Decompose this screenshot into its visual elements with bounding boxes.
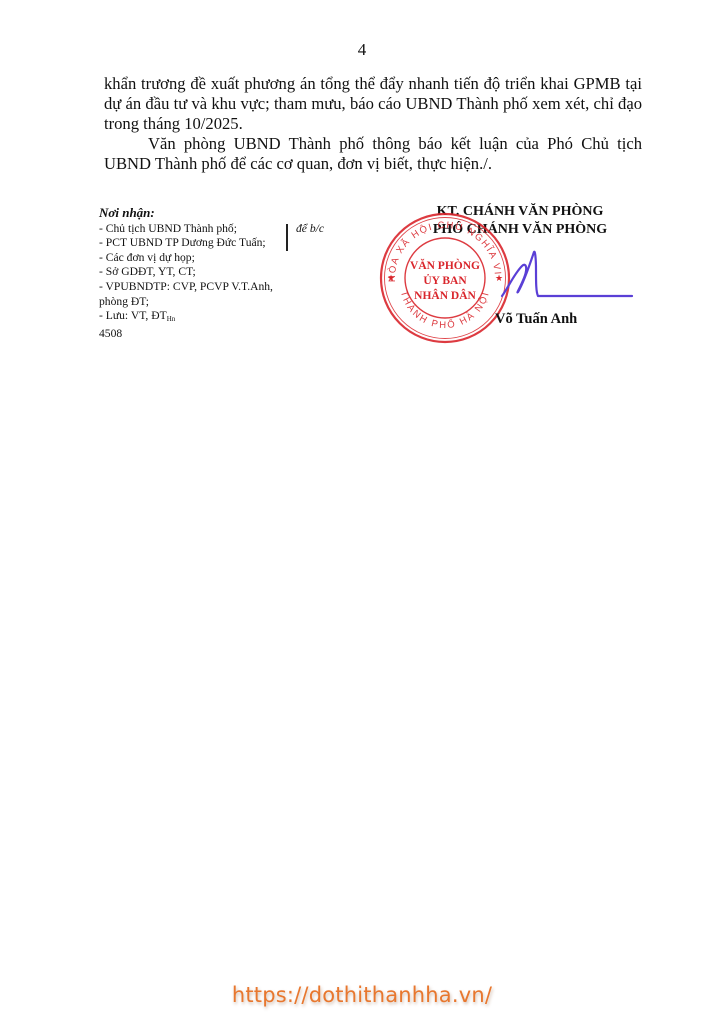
footer-watermark-link[interactable]: https://dothithanhha.vn/ (0, 983, 724, 1007)
recipient-item: - Các đơn vị dự họp; (99, 251, 349, 266)
recipient-item: phòng ĐT; (99, 295, 349, 310)
paragraph-conclusion: Văn phòng UBND Thành phố thông báo kết l… (104, 134, 642, 174)
report-group: - Chủ tịch UBND Thành phố; - PCT UBND TP… (99, 222, 349, 251)
recipient-item: - Sở GDĐT, YT, CT; (99, 265, 349, 280)
signer-name: Võ Tuấn Anh (495, 311, 577, 328)
official-stamp-icon: CỘNG HÒA XÃ HỘI CHỦ NGHĨA VIỆT NAM THÀNH… (378, 211, 512, 345)
svg-text:★: ★ (387, 273, 395, 283)
bracket-note: để b/c (296, 222, 324, 237)
recipients-title: Nơi nhận: (99, 206, 349, 221)
paragraph-continuation: khẩn trương đề xuất phương án tổng thể đ… (104, 74, 642, 134)
archive-subscript: Hn (167, 315, 176, 323)
stamp-line1: VĂN PHÒNG (410, 258, 480, 272)
recipient-item: - VPUBNDTP: CVP, PCVP V.T.Anh, (99, 280, 349, 295)
stamp-line3: NHÂN DÂN (414, 288, 476, 302)
recipient-item-archive: - Lưu: VT, ĐTHn (99, 309, 349, 327)
handwritten-signature-icon (500, 248, 640, 308)
recipients-block: Nơi nhận: - Chủ tịch UBND Thành phố; - P… (99, 206, 349, 341)
recipient-item: - PCT UBND TP Dương Đức Tuấn; (99, 236, 349, 251)
body-text: khẩn trương đề xuất phương án tổng thể đ… (104, 74, 642, 174)
bracket-line (286, 224, 288, 251)
archive-label: - Lưu: VT, ĐT (99, 309, 167, 322)
document-count: 4508 (99, 327, 349, 342)
stamp-line2: ỦY BAN (423, 273, 467, 287)
page-number: 4 (0, 40, 724, 60)
